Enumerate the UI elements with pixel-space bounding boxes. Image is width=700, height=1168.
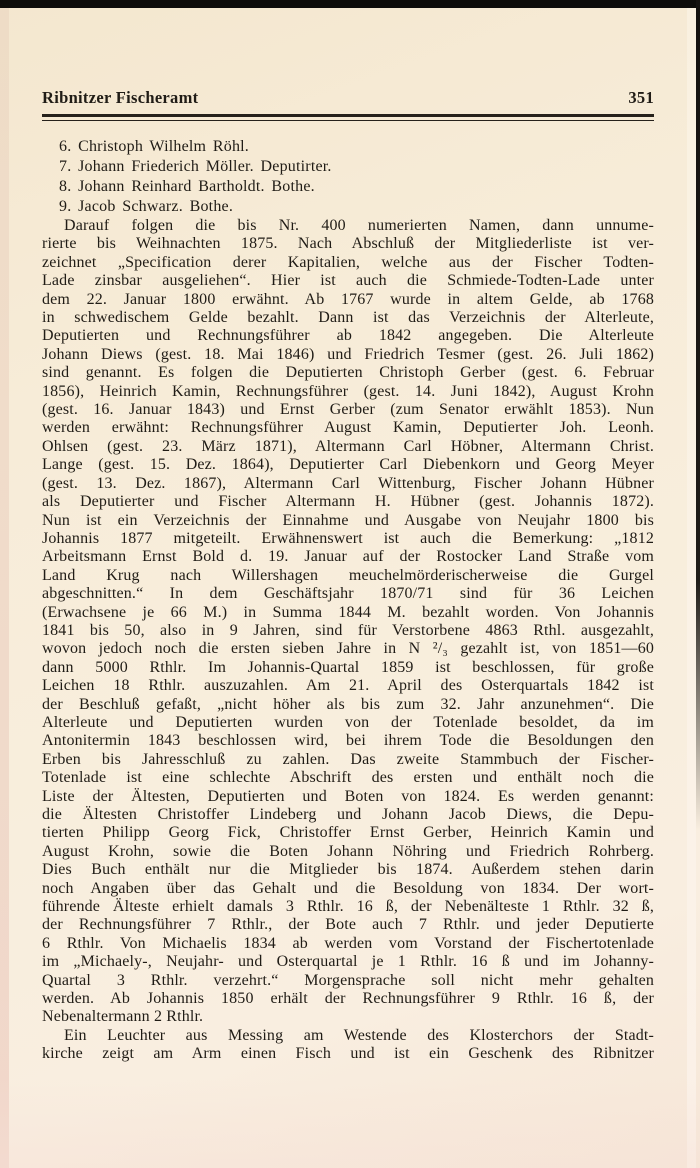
text-line: Nebenaltermann 2 Rthlr. xyxy=(42,1008,654,1026)
text-line: werden. Ab Johannis 1850 erhält der Rech… xyxy=(42,990,654,1008)
text-line: 6 Rthlr. Von Michaelis 1834 ab werden vo… xyxy=(42,935,654,953)
text-line: rierte bis Weihnachten 1875. Nach Abschl… xyxy=(42,235,654,253)
text-line: Nun ist ein Verzeichnis der Einnahme und… xyxy=(42,512,654,530)
text-line: Lange (gest. 15. Dez. 1864), Deputierter… xyxy=(42,456,654,474)
member-list: 6. Christoph Wilhelm Röhl.7. Johann Frie… xyxy=(42,137,654,217)
list-item: 9. Jacob Schwarz. Bothe. xyxy=(59,197,654,217)
header-rule-thick xyxy=(42,114,654,117)
text-line: (gest. 13. Dez. 1867), Altermann Carl Wi… xyxy=(42,475,654,493)
text-line: Johann Diews (gest. 18. Mai 1846) und Fr… xyxy=(42,346,654,364)
page-content: Ribnitzer Fischeramt 351 6. Christoph Wi… xyxy=(42,0,654,1064)
text-line: der Rechnungsführer 7 Rthlr., der Bote a… xyxy=(42,916,654,934)
text-line: Ein Leuchter aus Messing am Westende des… xyxy=(42,1027,654,1045)
text-line: wovon jedoch noch die ersten sieben Jahr… xyxy=(42,640,654,658)
left-edge-shadow xyxy=(0,8,9,1168)
text-line: werden erwähnt: Rechnungsführer August K… xyxy=(42,419,654,437)
text-line: August Krohn, sowie die Boten Johann Nöh… xyxy=(42,843,654,861)
text-line: Arbeitsmann Ernst Bold d. 19. Januar auf… xyxy=(42,548,654,566)
text-line: sind genannt. Es folgen die Deputierten … xyxy=(42,364,654,382)
right-edge-highlight xyxy=(687,8,696,1168)
text-line: kirche zeigt am Arm einen Fisch und ist … xyxy=(42,1045,654,1063)
text-line: Land Krug nach Willershagen meuchelmörde… xyxy=(42,567,654,585)
bottom-edge-tint xyxy=(0,1078,700,1168)
list-item: 8. Johann Reinhard Bartholdt. Bothe. xyxy=(59,177,654,197)
text-line: Lade zinsbar ausgeliehen“. Hier ist auch… xyxy=(42,272,654,290)
text-line: Liste der Ältesten, Deputierten und Bote… xyxy=(42,788,654,806)
running-title: Ribnitzer Fischeramt xyxy=(42,88,198,108)
page-header: Ribnitzer Fischeramt 351 xyxy=(42,88,654,108)
text-line: zeichnet „Specification derer Kapitalien… xyxy=(42,254,654,272)
text-line: (Erwachsene je 66 M.) in Summa 1844 M. b… xyxy=(42,604,654,622)
paragraph-main: Darauf folgen die bis Nr. 400 numerierte… xyxy=(42,217,654,1027)
text-line: führende Älteste erhielt damals 3 Rthlr.… xyxy=(42,898,654,916)
text-line: dem 22. Januar 1800 erwähnt. Ab 1767 wur… xyxy=(42,291,654,309)
text-line: (gest. 16. Januar 1843) und Ernst Gerber… xyxy=(42,401,654,419)
text-line: der Beschluß gefaßt, „nicht höher als bi… xyxy=(42,696,654,714)
text-line: im „Michaely-, Neujahr- und Osterquartal… xyxy=(42,953,654,971)
text-line: Quartal 3 Rthlr. verzehrt.“ Morgensprach… xyxy=(42,972,654,990)
text-line: die Ältesten Christoffer Lindeberg und J… xyxy=(42,806,654,824)
paragraph-leuchter: Ein Leuchter aus Messing am Westende des… xyxy=(42,1027,654,1064)
text-line: Ohlsen (gest. 23. März 1871), Altermann … xyxy=(42,438,654,456)
text-line: Johannis 1877 mitgeteilt. Erwähnenswert … xyxy=(42,530,654,548)
list-item: 7. Johann Friederich Möller. Deputirter. xyxy=(59,157,654,177)
text-line: Totenlade ist eine schlechte Abschrift d… xyxy=(42,769,654,787)
list-item: 6. Christoph Wilhelm Röhl. xyxy=(59,137,654,157)
right-edge-shadow xyxy=(696,0,700,830)
text-line: in schwedischem Gelde bezahlt. Dann ist … xyxy=(42,309,654,327)
text-line: Deputierten und Rechnungsführer ab 1842 … xyxy=(42,327,654,345)
text-line: Dies Buch enthält nur die Mitglieder bis… xyxy=(42,861,654,879)
scanned-book-page: Ribnitzer Fischeramt 351 6. Christoph Wi… xyxy=(0,0,700,1168)
text-line: Antonitermin 1843 beschlossen wird, bei … xyxy=(42,732,654,750)
text-line: tierten Philipp Georg Fick, Christoffer … xyxy=(42,824,654,842)
page-number: 351 xyxy=(628,88,654,108)
text-line: dann 5000 Rthlr. Im Johannis-Quartal 185… xyxy=(42,659,654,677)
text-line: Darauf folgen die bis Nr. 400 numerierte… xyxy=(42,217,654,235)
text-line: als Deputierter und Fischer Altermann H.… xyxy=(42,493,654,511)
text-line: noch Angaben über das Gehalt und die Bes… xyxy=(42,880,654,898)
text-line: 1856), Heinrich Kamin, Rechnungsführer (… xyxy=(42,383,654,401)
text-line: abgeschnitten.“ In dem Geschäftsjahr 187… xyxy=(42,585,654,603)
text-line: Leichen 18 Rthlr. auszuzahlen. Am 21. Ap… xyxy=(42,677,654,695)
header-rule-thin xyxy=(42,120,654,121)
text-line: Erben bis Jahresschluß zu zahlen. Das zw… xyxy=(42,751,654,769)
text-line: 1841 bis 50, also in 9 Jahren, sind für … xyxy=(42,622,654,640)
text-line: Alterleute und Deputierten wurden von de… xyxy=(42,714,654,732)
